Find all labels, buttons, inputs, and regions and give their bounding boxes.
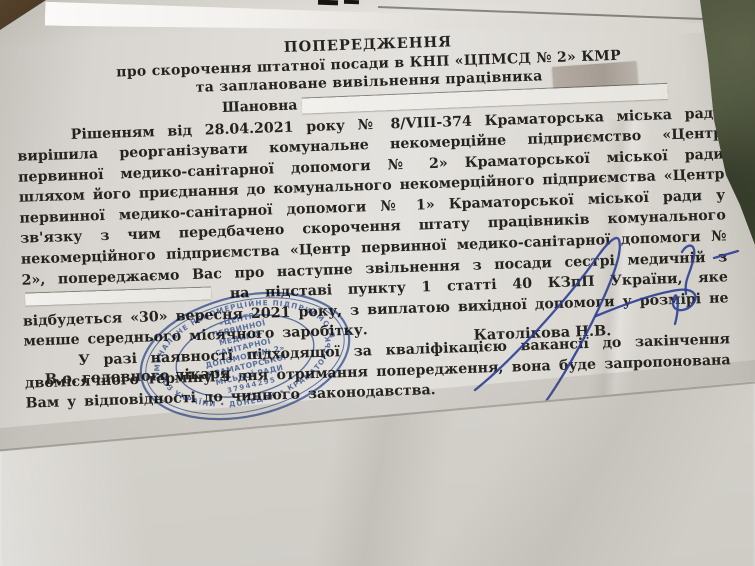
signature-hook-stroke xyxy=(682,246,694,294)
salutation-text: Шановна xyxy=(222,97,298,115)
handwritten-signature xyxy=(420,218,750,413)
signature-dash-stroke xyxy=(714,251,738,258)
cutoff-text-mark xyxy=(344,0,359,4)
photo-scene: ПОПЕРЕДЖЕННЯ про скорочення штатної поса… xyxy=(0,0,755,566)
signature-loop-stroke xyxy=(596,290,696,324)
cutoff-text-mark xyxy=(318,0,338,5)
document-paper: ПОПЕРЕДЖЕННЯ про скорочення штатної поса… xyxy=(0,0,755,566)
signature-main-stroke xyxy=(475,238,620,404)
